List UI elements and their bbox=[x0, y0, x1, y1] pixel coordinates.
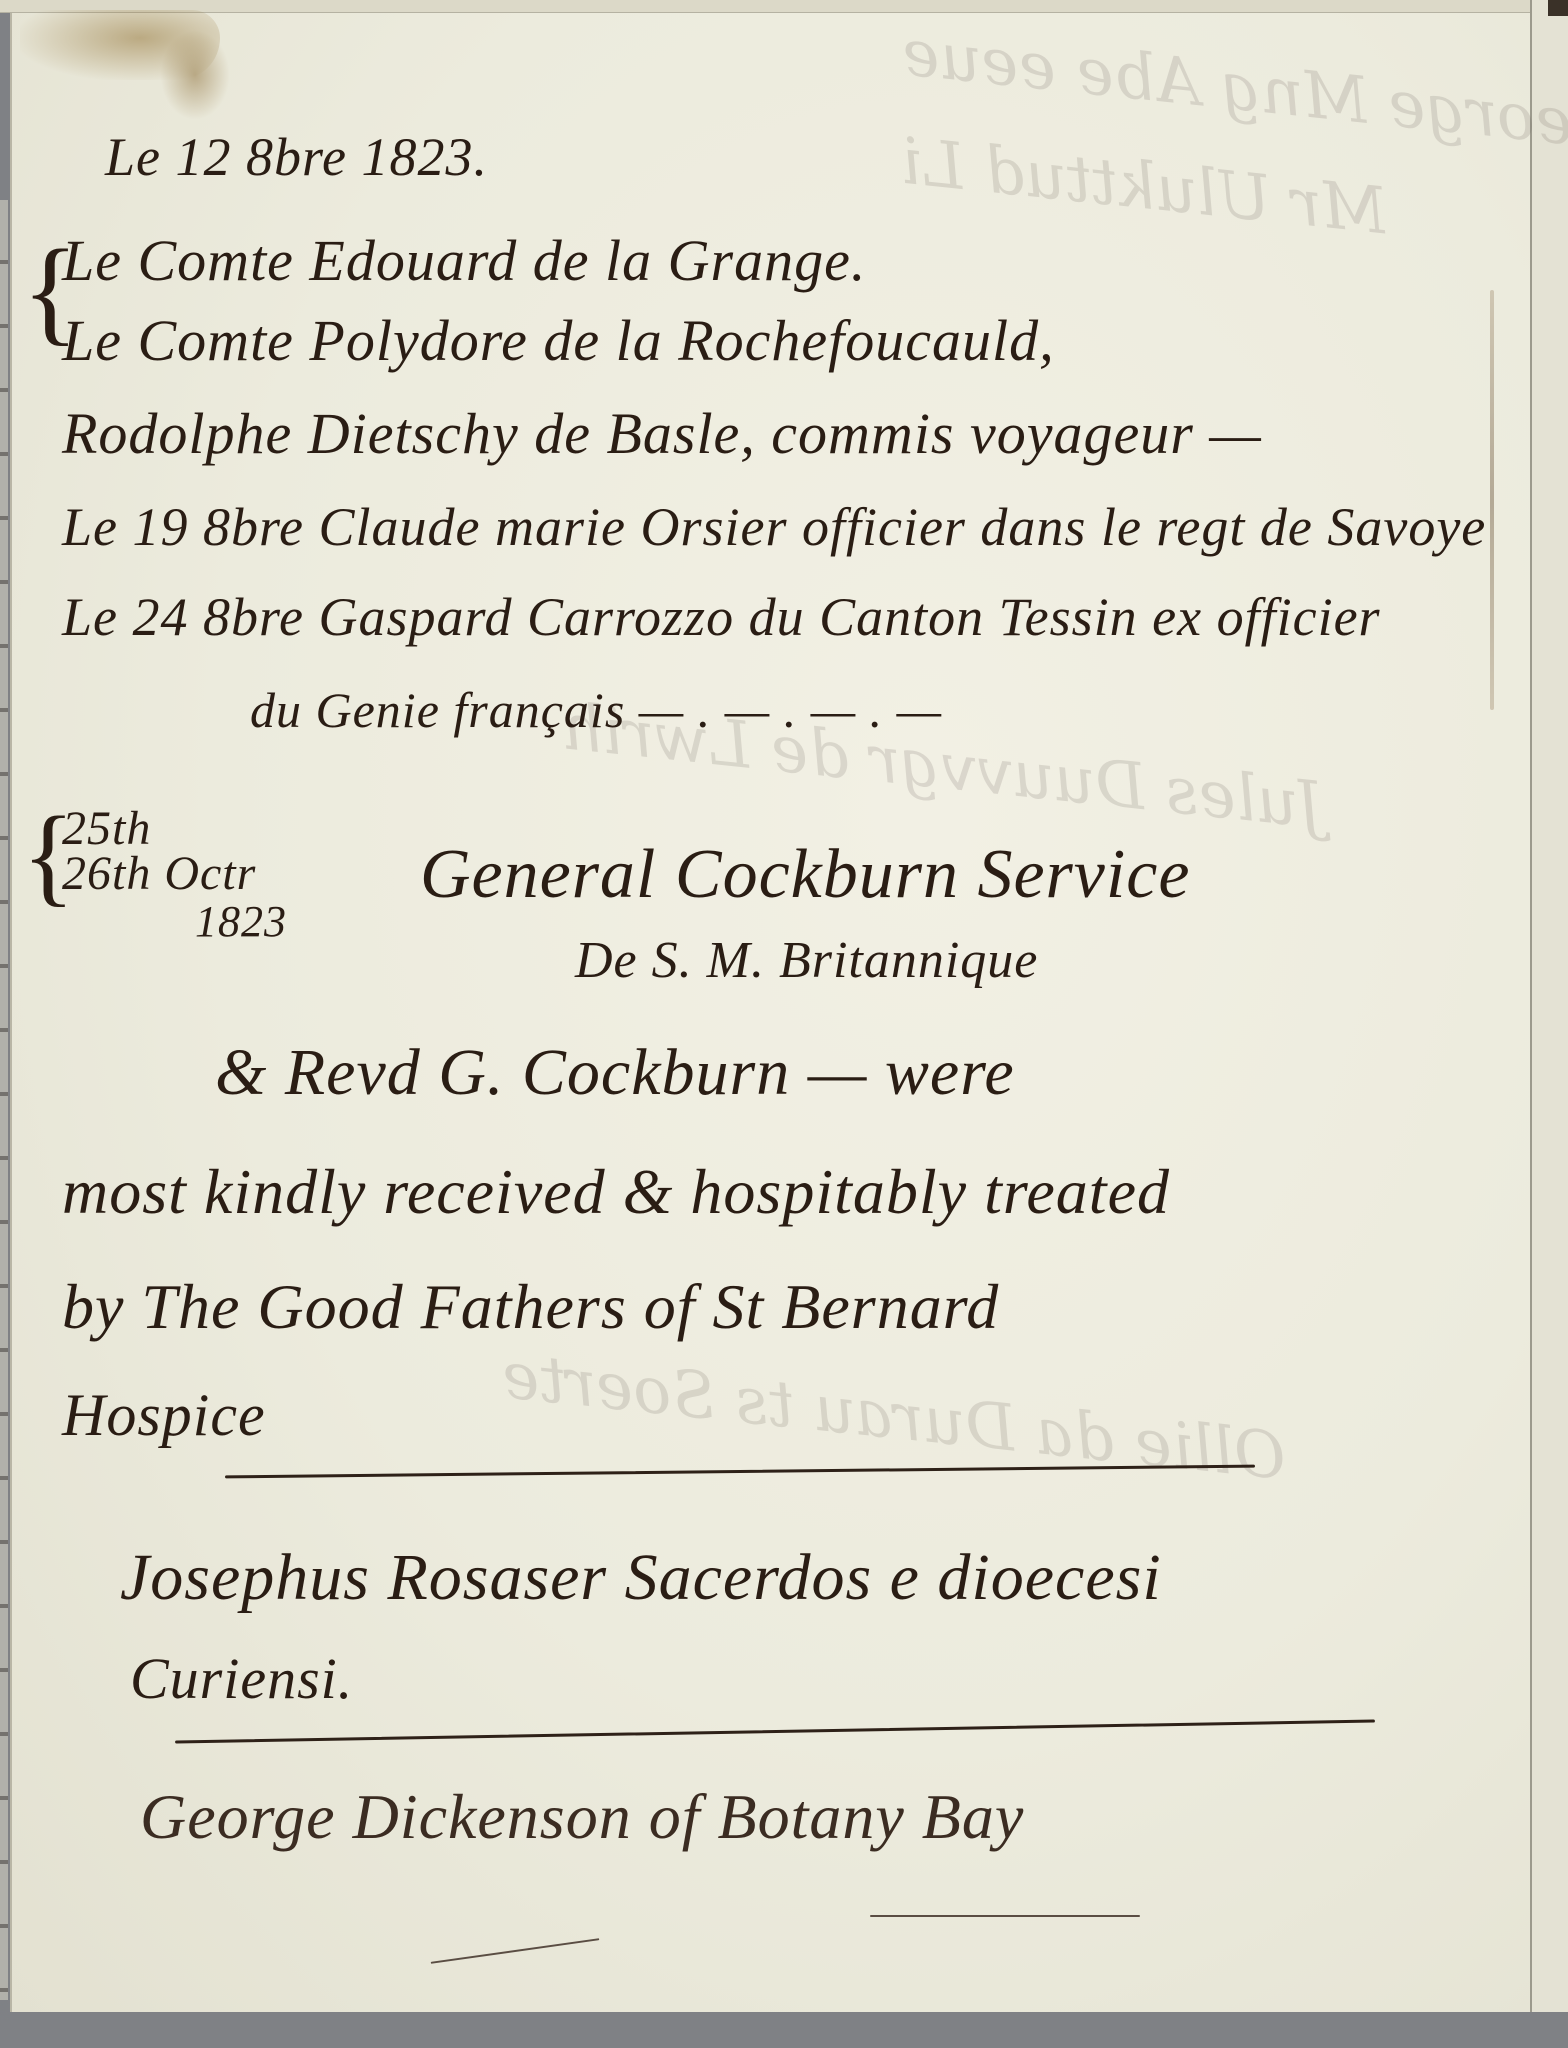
entry-line: & Revd G. Cockburn — were bbox=[215, 1040, 1015, 1106]
entry-line: most kindly received & hospitably treate… bbox=[62, 1160, 1170, 1224]
left-binding-margin bbox=[0, 200, 8, 2000]
entry-date: 25th bbox=[62, 805, 151, 853]
binding-corner bbox=[1548, 0, 1568, 16]
entry-line: Curiensi. bbox=[130, 1650, 353, 1708]
entry-line: Josephus Rosaser Sacerdos e dioecesi bbox=[120, 1545, 1162, 1611]
entry-line: George Dickenson of Botany Bay bbox=[140, 1785, 1024, 1849]
entry-date: 26th Octr bbox=[62, 850, 256, 898]
water-stain bbox=[160, 30, 230, 120]
separator-rule bbox=[870, 1915, 1140, 1917]
entry-line: Rodolphe Dietschy de Basle, commis voyag… bbox=[62, 405, 1262, 463]
entry-line: du Genie français — . — . — . — bbox=[250, 685, 942, 735]
entry-line: Le Comte Polydore de la Rochefoucauld, bbox=[62, 312, 1055, 370]
scan-background bbox=[0, 2012, 1568, 2048]
entry-line: Le 24 8bre Gaspard Carrozzo du Canton Te… bbox=[62, 590, 1381, 644]
entry-line: De S. M. Britannique bbox=[575, 935, 1038, 987]
page-top-edge bbox=[0, 0, 1568, 13]
entry-line: General Cockburn Service bbox=[420, 840, 1190, 910]
entry-line: Le Comte Edouard de la Grange. bbox=[62, 232, 866, 290]
entry-line: Le 19 8bre Claude marie Orsier officier … bbox=[62, 500, 1486, 554]
page-crease bbox=[1490, 290, 1494, 710]
entry-date-header: Le 12 8bre 1823. bbox=[105, 130, 488, 184]
entry-date: 1823 bbox=[195, 900, 287, 944]
entry-line: Hospice bbox=[62, 1385, 266, 1445]
adjacent-page-edge bbox=[1530, 0, 1568, 2048]
entry-line: by The Good Fathers of St Bernard bbox=[62, 1275, 999, 1339]
